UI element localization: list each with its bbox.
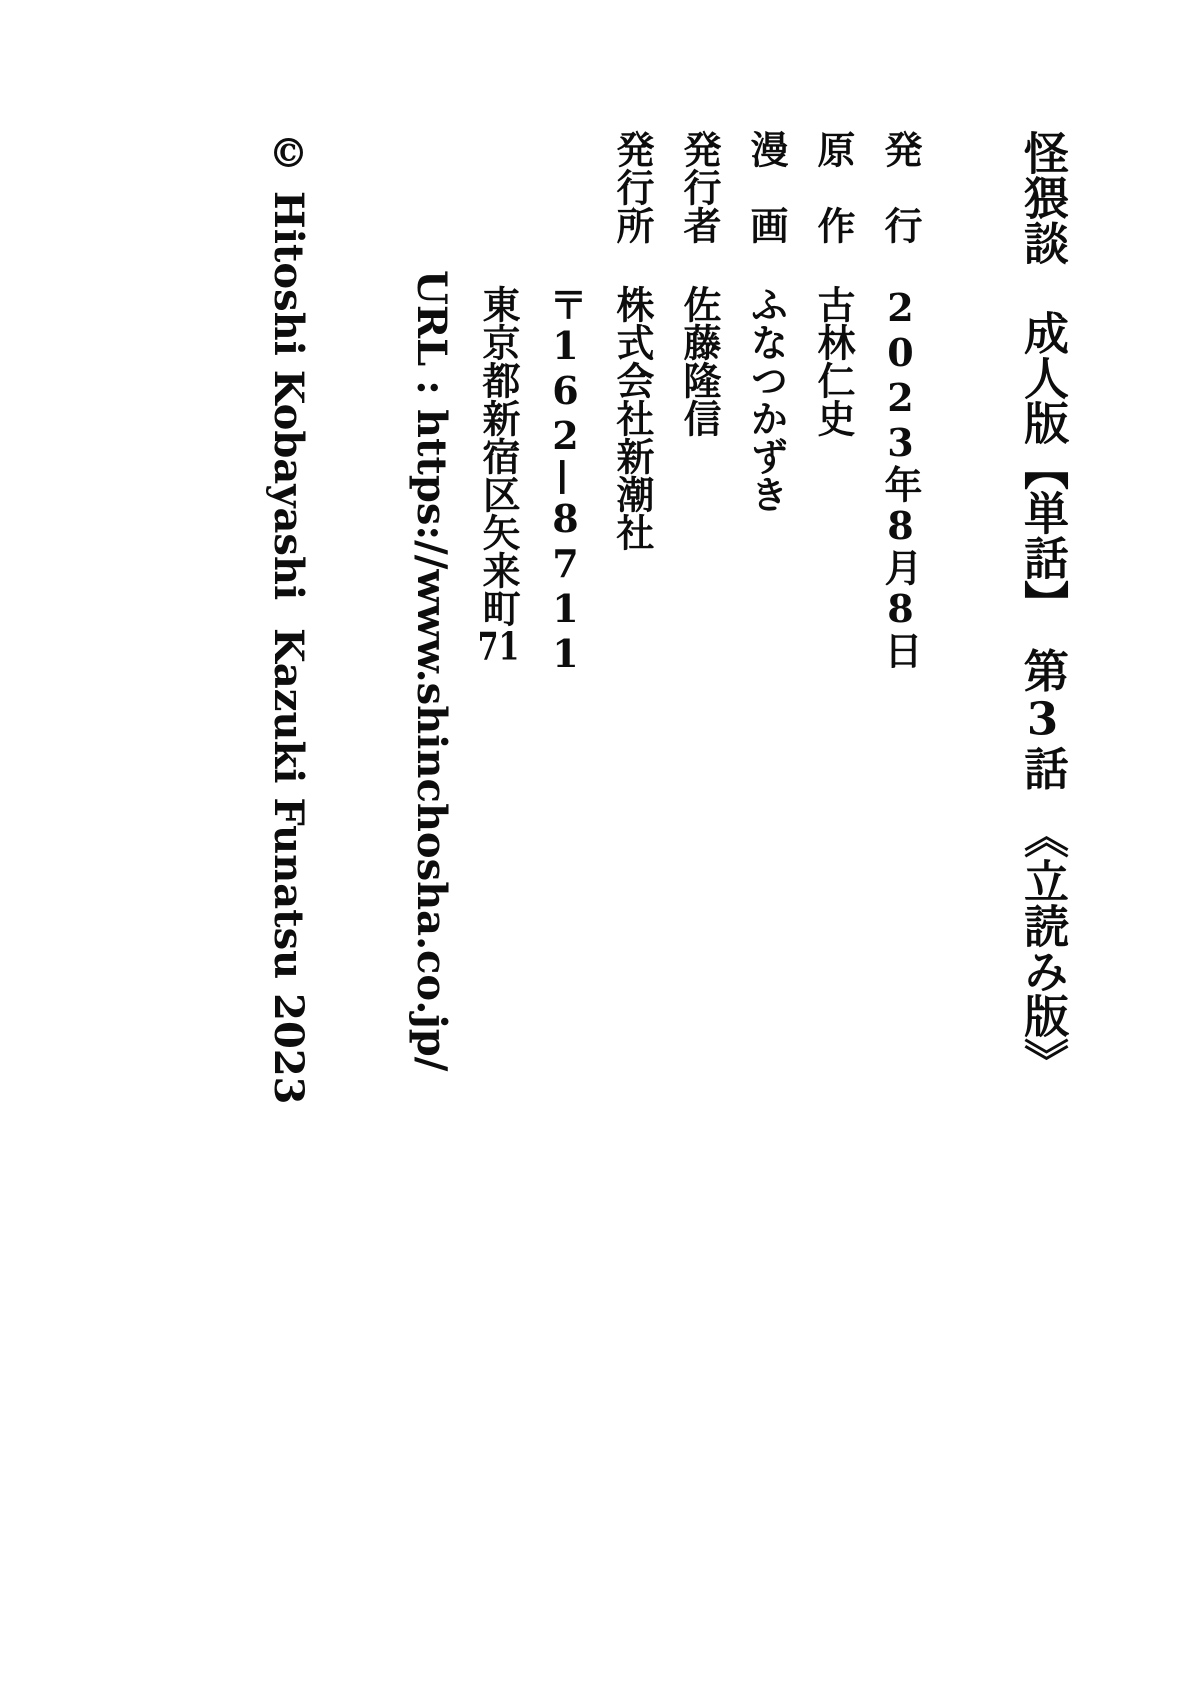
colophon-page: 怪猥談 成人版【単話】 第3話 《立読み版》 発 行2023年8月8日 原 作古… [0,0,1187,1687]
publisher-company-row: 発行所株式会社新潮社 [599,130,666,1270]
publisher-address: 東京都新宿区矢来町71 [465,130,532,1270]
book-title: 怪猥談 成人版【単話】 第3話 《立読み版》 [1014,130,1070,1270]
original-author-row: 原 作古林仁史 [800,130,867,1270]
manga-artist-row: 漫 画ふなつかずき [733,130,800,1270]
copyright-line: © Hitoshi Kobayashi Kazuki Funatsu 2023 [255,130,322,1270]
publisher-company-label: 発行所 [610,130,655,244]
postal-code: 〒162—8711 [532,130,599,1270]
colophon-block: 怪猥談 成人版【単話】 第3話 《立読み版》 発 行2023年8月8日 原 作古… [255,130,1070,1270]
publisher-url: URL : https://www.shinchosha.co.jp/ [398,130,465,1270]
publish-date-label: 発 行 [878,130,923,244]
publish-date-value: 2023年8月8日 [878,285,923,669]
publish-date-row: 発 行2023年8月8日 [867,130,934,1270]
publisher-company-value: 株式会社新潮社 [610,285,655,551]
manga-artist-value: ふなつかずき [744,285,789,513]
publisher-person-row: 発行者佐藤隆信 [666,130,733,1270]
original-author-value: 古林仁史 [811,285,856,437]
original-author-label: 原 作 [811,130,856,244]
manga-artist-label: 漫 画 [744,130,789,244]
publisher-person-value: 佐藤隆信 [677,285,722,437]
publisher-person-label: 発行者 [677,130,722,244]
